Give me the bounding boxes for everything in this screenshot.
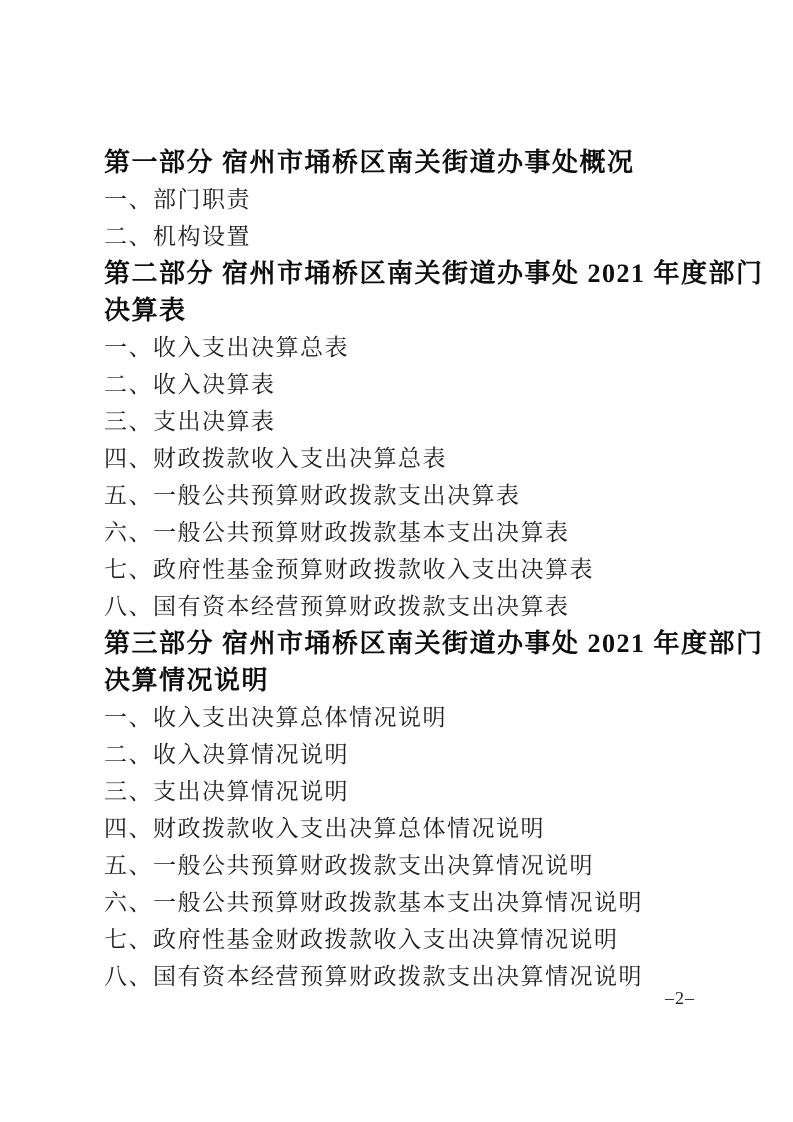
- section-3-title-line-1: 第三部分 宿州市埇桥区南关街道办事处 2021 年度部门: [104, 625, 714, 662]
- toc-item: 二、机构设置: [104, 218, 714, 255]
- section-1-title: 第一部分 宿州市埇桥区南关街道办事处概况: [104, 144, 714, 181]
- toc-item: 八、国有资本经营预算财政拨款支出决算表: [104, 588, 714, 625]
- toc-item: 五、一般公共预算财政拨款支出决算情况说明: [104, 847, 714, 884]
- toc-item: 三、支出决算表: [104, 403, 714, 440]
- table-of-contents: 第一部分 宿州市埇桥区南关街道办事处概况 一、部门职责 二、机构设置 第二部分 …: [104, 144, 714, 995]
- section-3-title-line-2: 决算情况说明: [104, 662, 714, 699]
- document-page: 第一部分 宿州市埇桥区南关街道办事处概况 一、部门职责 二、机构设置 第二部分 …: [0, 0, 793, 1122]
- toc-item: 七、政府性基金预算财政拨款收入支出决算表: [104, 551, 714, 588]
- toc-item: 五、一般公共预算财政拨款支出决算表: [104, 477, 714, 514]
- toc-item: 二、收入决算表: [104, 366, 714, 403]
- toc-section-3: 第三部分 宿州市埇桥区南关街道办事处 2021 年度部门 决算情况说明 一、收入…: [104, 625, 714, 995]
- toc-section-2: 第二部分 宿州市埇桥区南关街道办事处 2021 年度部门 决算表 一、收入支出决…: [104, 255, 714, 625]
- toc-item: 一、收入支出决算总表: [104, 329, 714, 366]
- page-number: –2–: [665, 988, 695, 1009]
- toc-item: 一、部门职责: [104, 181, 714, 218]
- toc-item: 七、政府性基金财政拨款收入支出决算情况说明: [104, 921, 714, 958]
- toc-item: 四、财政拨款收入支出决算总表: [104, 440, 714, 477]
- section-2-title-line-2: 决算表: [104, 292, 714, 329]
- section-2-title-line-1: 第二部分 宿州市埇桥区南关街道办事处 2021 年度部门: [104, 255, 714, 292]
- toc-item: 二、收入决算情况说明: [104, 736, 714, 773]
- toc-section-1: 第一部分 宿州市埇桥区南关街道办事处概况 一、部门职责 二、机构设置: [104, 144, 714, 255]
- toc-item: 六、一般公共预算财政拨款基本支出决算表: [104, 514, 714, 551]
- toc-item: 三、支出决算情况说明: [104, 773, 714, 810]
- toc-item: 六、一般公共预算财政拨款基本支出决算情况说明: [104, 884, 714, 921]
- toc-item: 一、收入支出决算总体情况说明: [104, 699, 714, 736]
- toc-item: 四、财政拨款收入支出决算总体情况说明: [104, 810, 714, 847]
- toc-item: 八、国有资本经营预算财政拨款支出决算情况说明: [104, 958, 714, 995]
